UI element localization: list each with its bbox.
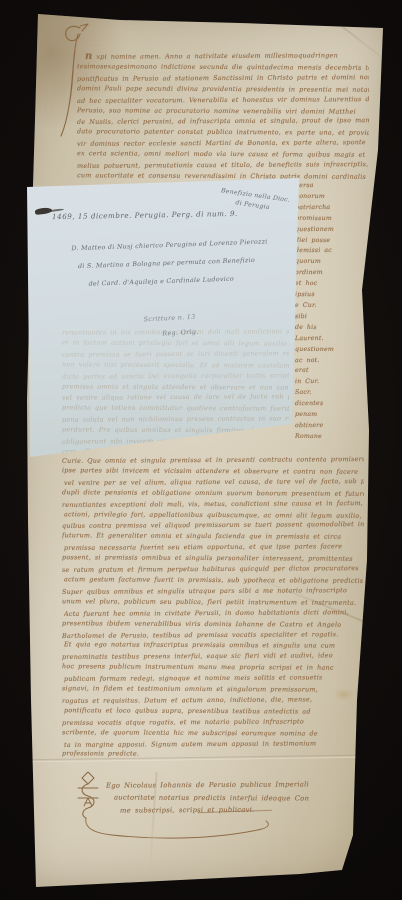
margin-fragment: de his	[295, 323, 345, 334]
margin-fragment: ordinem	[295, 268, 345, 279]
bleed-line: dicte partes ad sancta Dei evangelia cor…	[62, 370, 289, 382]
bleed-line: contra premissa se tueri possent ac iuri…	[62, 348, 289, 360]
margin-fragment: demissi ac	[295, 246, 345, 257]
subscription-line: me subscripsi, scripsi et publicavi.	[120, 803, 311, 817]
margin-fragment: questionem	[295, 344, 345, 355]
margin-fragment: ac not.	[295, 355, 345, 366]
margin-fragment: promissum	[295, 214, 345, 225]
photo-of-document: n xpi nomine amen. Anno a nativitate eiu…	[0, 0, 402, 900]
note-reference-lines: Scritture n. 13Reg. Orig.	[143, 310, 199, 343]
margin-fragment: in Cur.	[295, 377, 345, 388]
note-body-lines: D. Matteo di Nusj chierico Perugino ed L…	[63, 233, 269, 294]
margin-fragment: uersa	[295, 181, 345, 192]
body-text-block: Curie. Que omnia et singula premissa et …	[62, 455, 364, 760]
margin-fragments-block: uersabonorumpatriarchapromissumquestione…	[295, 181, 345, 443]
margin-fragment: sibi	[295, 312, 345, 323]
margin-fragment: Romane	[295, 432, 345, 443]
subscription-line: auctoritate notarius predictis interfui …	[114, 791, 311, 805]
margin-fragment: bonorum	[295, 192, 345, 203]
margin-fragment: questionem	[295, 224, 345, 235]
bleed-line: non valere nisi precesserit specialis. E…	[62, 359, 289, 371]
margin-fragment: penam	[295, 410, 345, 421]
margin-fragment: Laurent.	[295, 334, 345, 345]
manuscript-line: professionis predicte.	[62, 749, 364, 761]
note-reference-line: Reg. Orig.	[162, 325, 199, 342]
margin-fragment: Sacr.	[295, 388, 345, 399]
margin-fragment: quorum	[295, 257, 345, 268]
margin-fragment: obtinere	[295, 421, 345, 432]
margin-fragment: e Cur.	[295, 301, 345, 312]
note-date-line: 1469, 15 dicembre. Perugia. Perg. di num…	[52, 208, 297, 222]
margin-fragment: dicentes	[295, 399, 345, 410]
margin-fragment: et hoc	[295, 279, 345, 290]
margin-fragment: patriarcha	[295, 203, 345, 214]
subscription-line: Ego Nicolaus Iohannis de Perusio publicu…	[106, 778, 311, 792]
ink-smudge-icon	[35, 207, 53, 215]
margin-fragment: erat	[295, 366, 345, 377]
notary-subscription-block: Ego Nicolaus Iohannis de Perusio publicu…	[106, 779, 311, 817]
archival-note-paper: renuntiantes in his omnibus exceptioni d…	[26, 177, 302, 459]
margin-fragment: ipsius	[295, 290, 345, 301]
opening-text-block: n xpi nomine amen. Anno a nativitate eiu…	[77, 51, 369, 182]
